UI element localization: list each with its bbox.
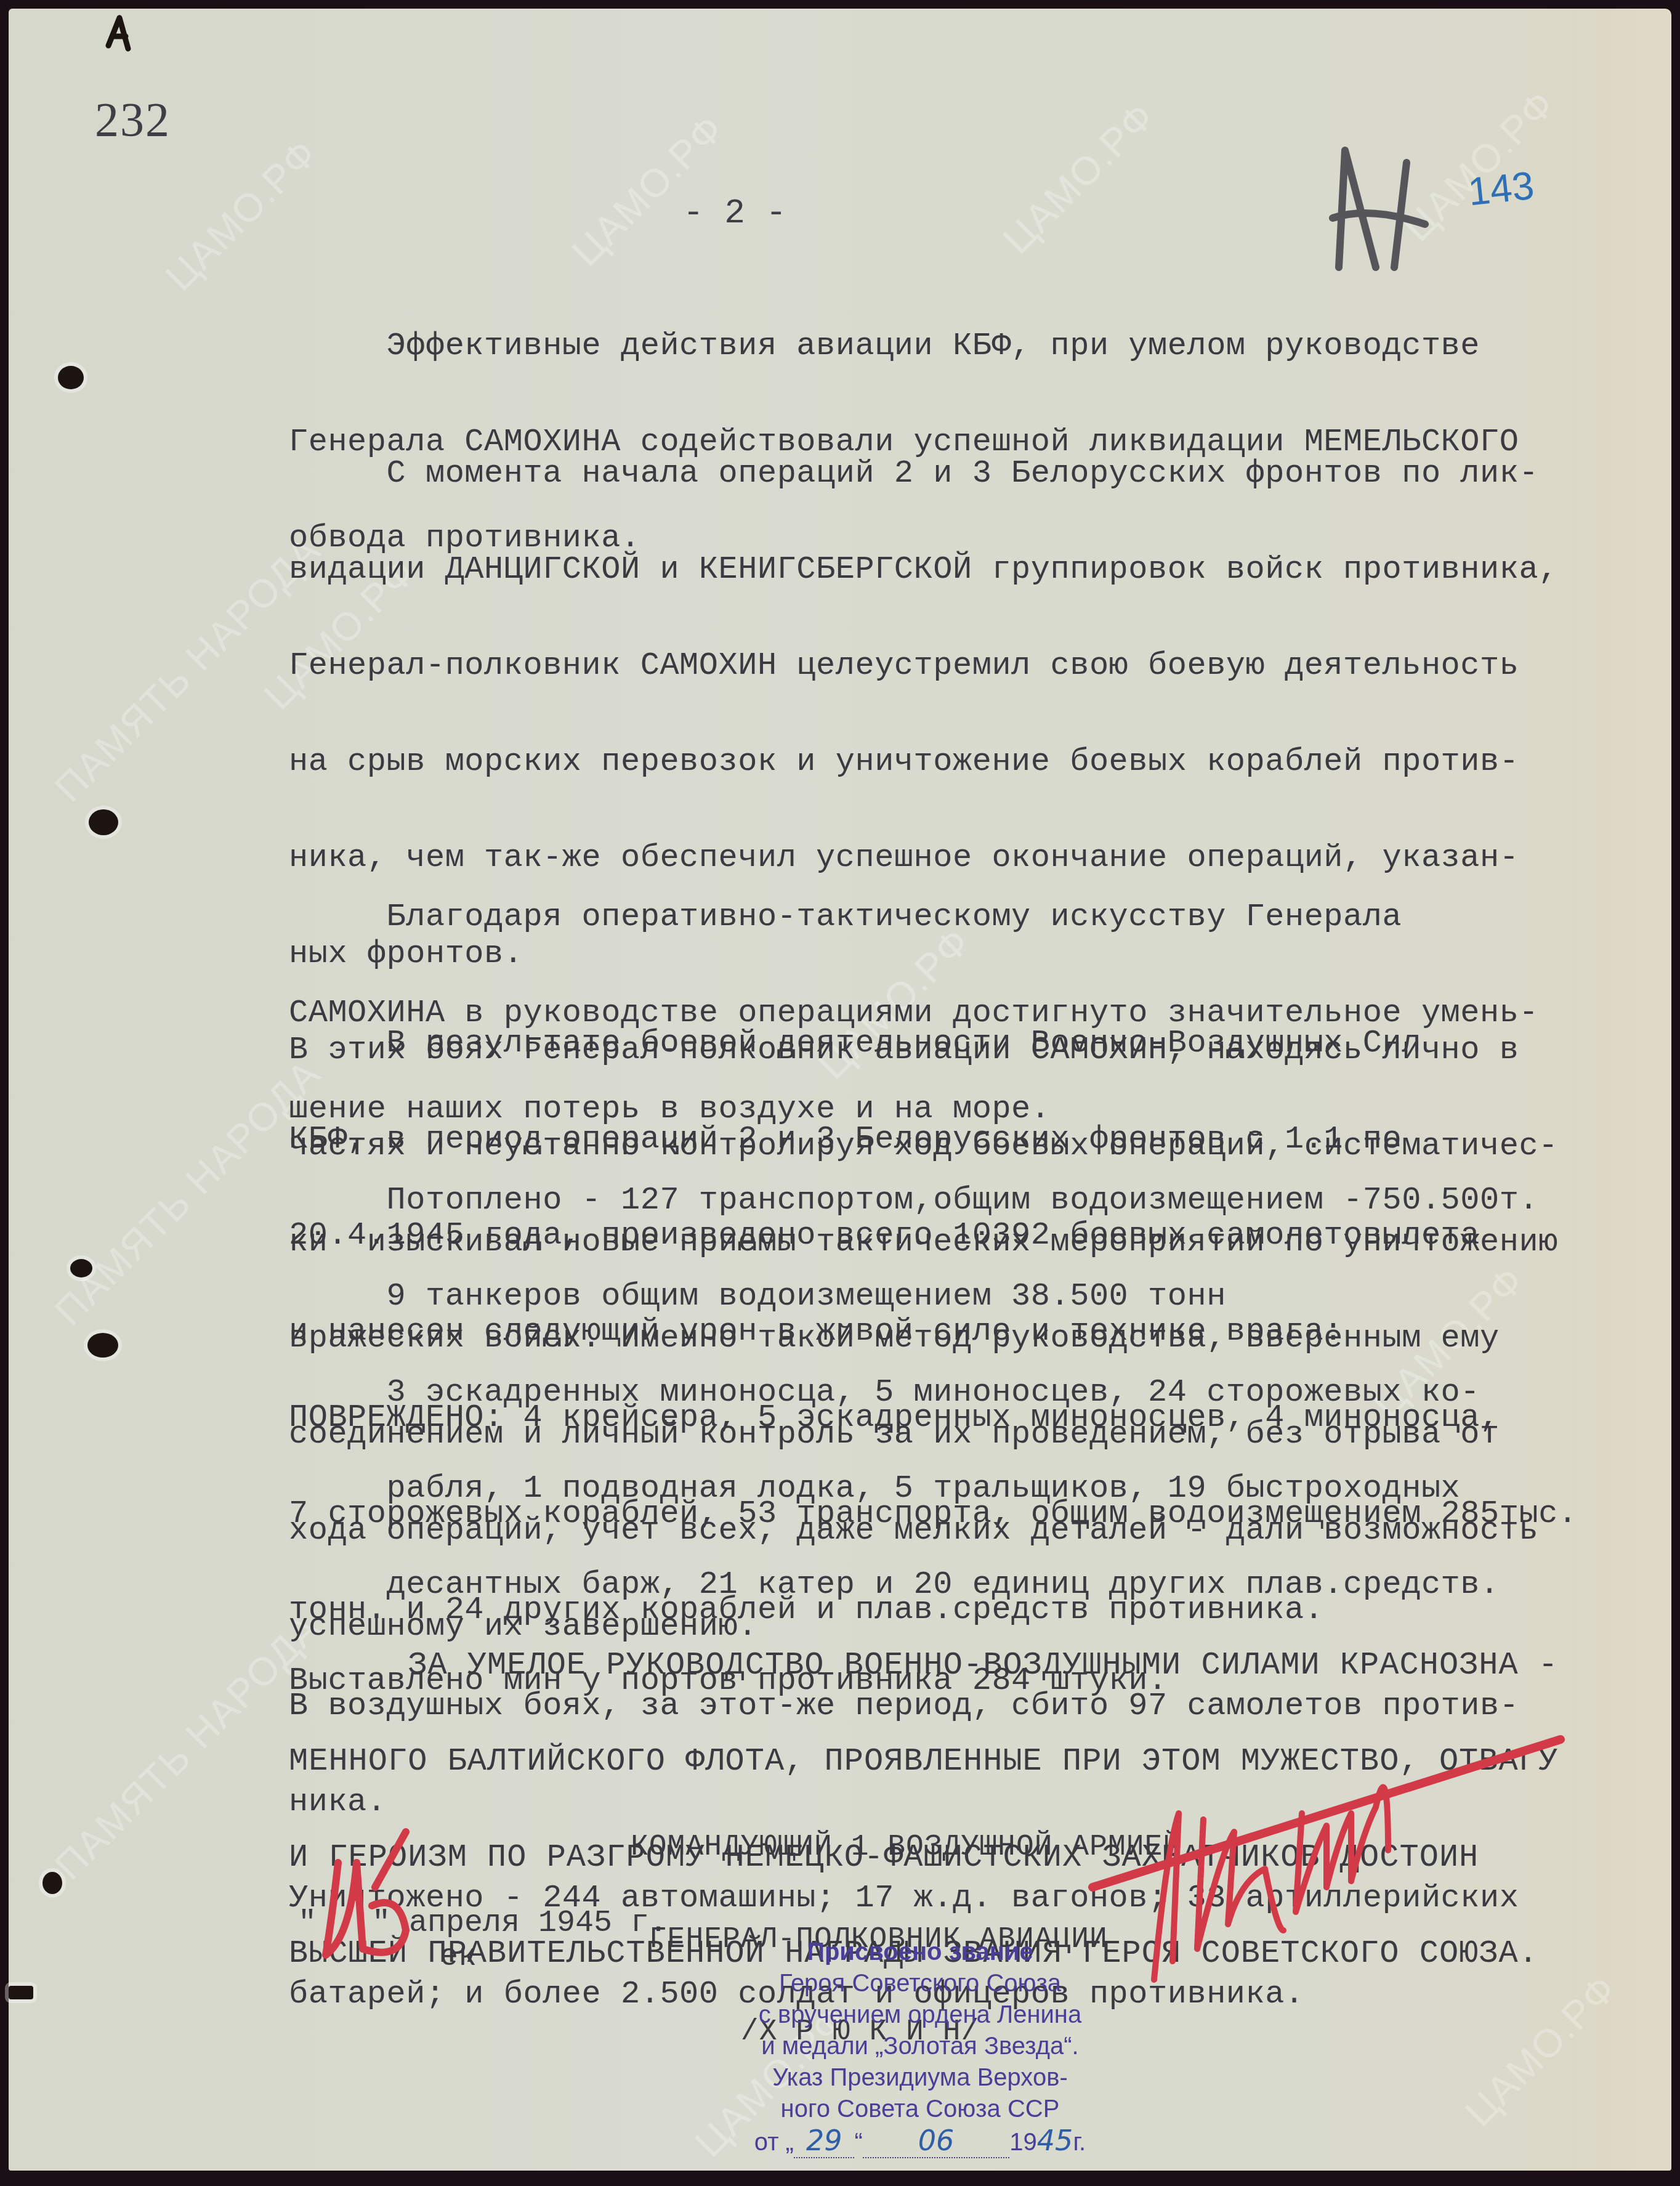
watermark: ЦАМО.РФ (994, 93, 1163, 262)
award-stamp: Присвоено звание Героя Советского Союза … (705, 1937, 1136, 2158)
red-signature-icon (1080, 1727, 1573, 1986)
stamp-date-prefix: от „ (754, 2129, 794, 2156)
page-folio: - 2 - (683, 193, 786, 233)
punch-hole (70, 1259, 92, 1277)
text-line: С момента начала операций 2 и 3 Белорусс… (289, 458, 1558, 490)
stamp-line: Указ Президиума Верхов- (705, 2062, 1136, 2094)
text-line: Потоплено - 127 транспортом,общим водоиз… (289, 1184, 1538, 1216)
document-page: ЦАМО.РФ ЦАМО.РФ ЦАМО.РФ ЦАМО.РФ ПАМЯТЬ Н… (9, 9, 1671, 2171)
text-line: Генерал-полковник САМОХИН целеустремил с… (289, 650, 1558, 682)
date-open-quote: " (298, 1906, 317, 1941)
date-close-quote: " (372, 1906, 390, 1941)
stamp-date-sep: “ (854, 2129, 862, 2156)
ink-mark-icon (101, 15, 138, 52)
stamp-date-month: 06 (863, 2124, 1010, 2158)
punch-hole (9, 1986, 33, 1999)
punch-hole (42, 1872, 62, 1894)
text-line: ЗА УМЕЛОЕ РУКОВОДСТВО ВОЕННО-ВОЗДУШНЫМИ … (289, 1650, 1558, 1682)
stamp-date-year-prefix: 19 (1009, 2129, 1037, 2156)
watermark: ЦАМО.РФ (563, 105, 732, 275)
typist-initials: ек (440, 1940, 477, 1975)
stamp-line: и медали „Золотая Звезда“. (705, 2031, 1136, 2062)
punch-hole (89, 809, 118, 835)
punch-hole (87, 1333, 118, 1358)
punch-hole (58, 366, 84, 389)
text-line: Эффективные действия авиации КБФ, при ум… (289, 330, 1519, 362)
watermark: ПАМЯТЬ НАРОДА (46, 1605, 329, 1889)
text-line: В результате боевой деятельности Военно-… (289, 1027, 1480, 1059)
text-line: Благодаря оперативно-тактическому искусс… (289, 901, 1538, 933)
watermark: ПАМЯТЬ НАРОДА (46, 1051, 329, 1335)
red-handwritten-day-icon (313, 1826, 437, 1967)
text-line: на срыв морских перевозок и уничтожение … (289, 746, 1558, 778)
text-line: видации ДАНЦИГСКОЙ и КЕНИГСБЕРГСКОЙ груп… (289, 554, 1558, 586)
text-line: 7 сторожевых кораблей, 53 транспорта, об… (289, 1498, 1578, 1530)
stamp-line: Героя Советского Союза (705, 1968, 1136, 1999)
stamp-date: от „29“061945г. (705, 2125, 1136, 2158)
blue-handwritten-number: 143 (1466, 163, 1536, 215)
stamp-title: Присвоено звание (705, 1937, 1136, 1968)
text-line: ПОВРЕЖДЕНО: 4 крейсера, 5 эскадренных ми… (289, 1402, 1578, 1434)
stamp-line: ного Совета Союза ССР (705, 2094, 1136, 2125)
stamp-date-suffix: г. (1073, 2129, 1086, 2156)
stamp-date-year-suffix: 45 (1037, 2124, 1073, 2157)
date-month-year: апреля 1945 г. (390, 1906, 668, 1941)
pencil-mark-icon (1320, 144, 1444, 280)
stamp-line: с вручением ордена Ленина (705, 1999, 1136, 2031)
document-date: "" апреля 1945 г. (298, 1906, 668, 1941)
text-line: 9 танкеров общим водоизмещением 38.500 т… (289, 1281, 1538, 1313)
archive-page-number: 232 (95, 92, 171, 147)
stamp-date-day: 29 (794, 2124, 855, 2158)
